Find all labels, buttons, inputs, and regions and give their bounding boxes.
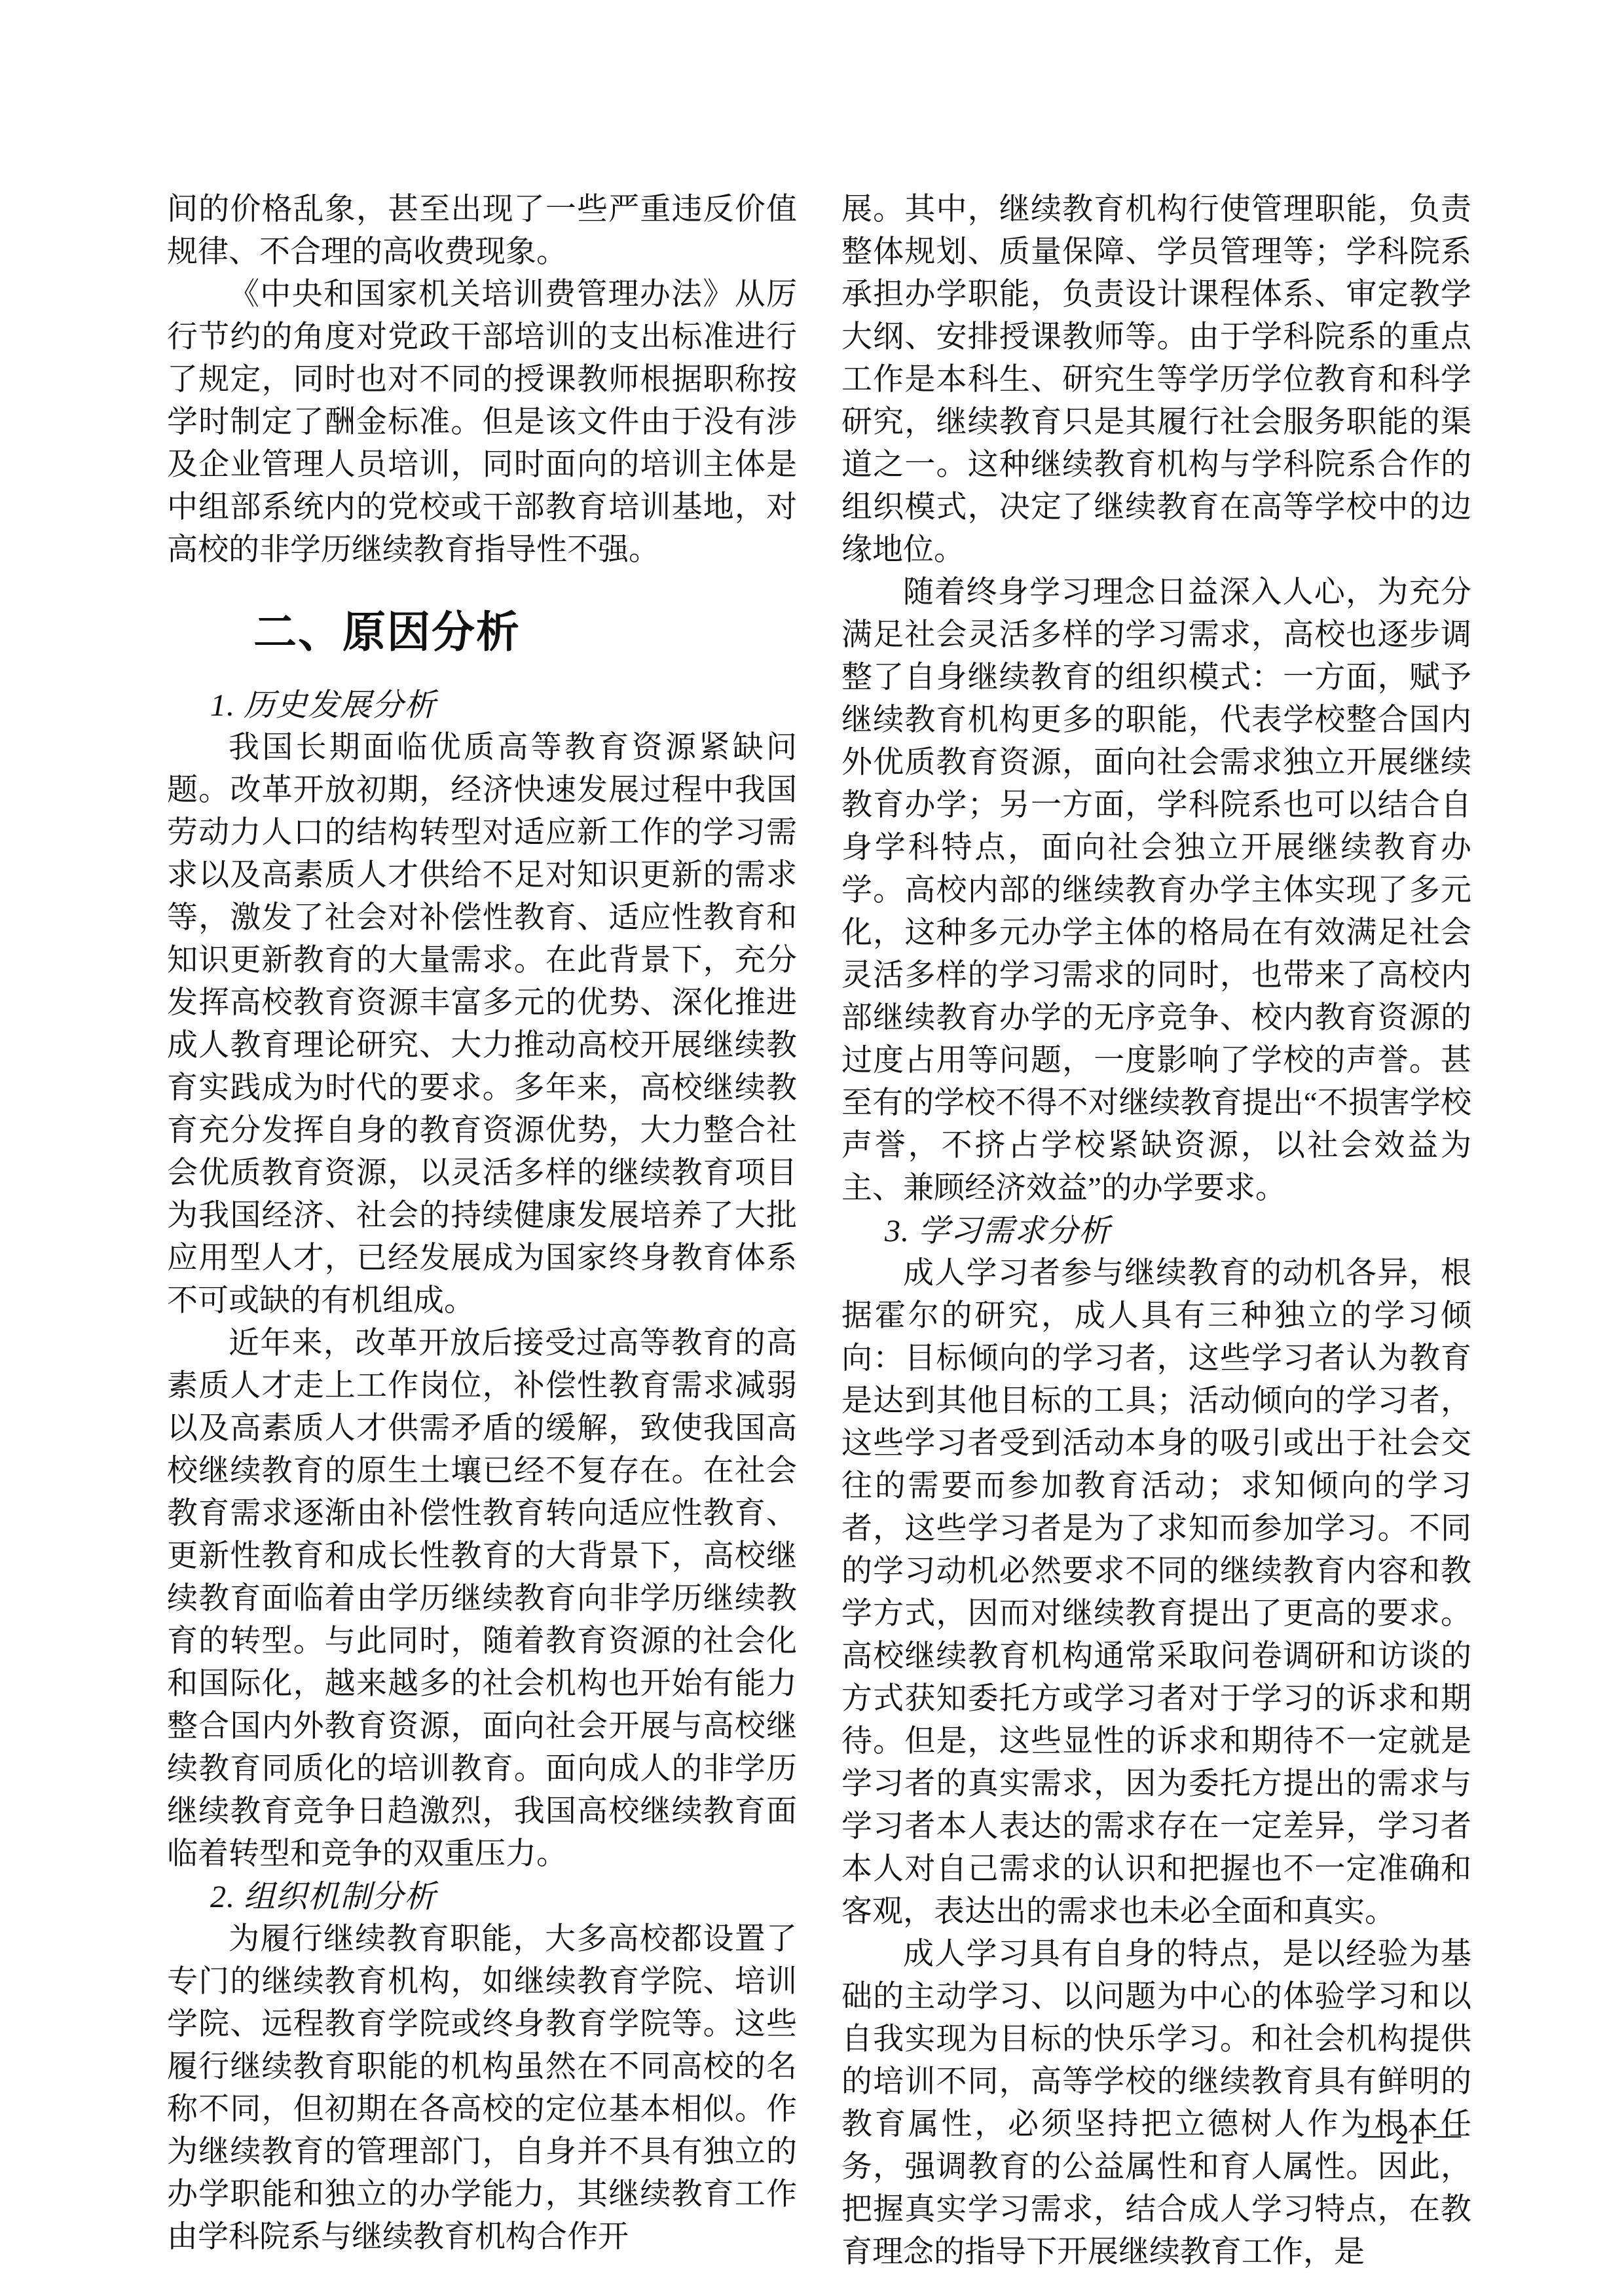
journal-page: 间的价格乱象，甚至出现了一些严重违反价值规律、不合理的高收费现象。 《中央和国家…: [0, 0, 1624, 2296]
page-number: — 21 —: [841, 2119, 1462, 2151]
subsection-heading-learning-needs-analysis: 3. 学习需求分析: [841, 1210, 1471, 1252]
paragraph-recent-years-transition: 近年来，改革开放后接受过高等教育的高素质人才走上工作岗位，补偿性教育需求减弱以及…: [167, 1322, 797, 1876]
subsection-heading-historical-analysis: 1. 历史发展分析: [167, 684, 797, 727]
section-heading-cause-analysis: 二、原因分析: [167, 608, 797, 655]
left-column: 间的价格乱象，甚至出现了一些严重违反价值规律、不合理的高收费现象。 《中央和国家…: [167, 189, 797, 2259]
paragraph-adult-learner-motivations: 成人学习者参与继续教育的动机各异，根据霍尔的研究，成人具有三种独立的学习倾向：目…: [841, 1252, 1471, 1933]
subsection-heading-organizational-mechanism: 2. 组织机制分析: [167, 1876, 797, 1918]
paragraph-continued-from-left-column: 展。其中，继续教育机构行使管理职能，负责整体规划、质量保障、学员管理等；学科院系…: [841, 189, 1471, 572]
paragraph-continuing-education-institutions: 为履行继续教育职能，大多高校都设置了专门的继续教育机构，如继续教育学院、培训学院…: [167, 1918, 797, 2259]
right-column: 展。其中，继续教育机构行使管理职能，负责整体规划、质量保障、学员管理等；学科院系…: [841, 189, 1471, 2274]
paragraph-historical-background: 我国长期面临优质高等教育资源紧缺问题。改革开放初期，经济快速发展过程中我国劳动力…: [167, 727, 797, 1322]
paragraph-adult-learning-characteristics: 成人学习具有自身的特点，是以经验为基础的主动学习、以问题为中心的体验学习和以自我…: [841, 1933, 1471, 2274]
paragraph-continued-from-previous-page: 间的价格乱象，甚至出现了一些严重违反价值规律、不合理的高收费现象。: [167, 189, 797, 274]
paragraph-lifelong-learning-adjustment: 随着终身学习理念日益深入人心，为充分满足社会灵活多样的学习需求，高校也逐步调整了…: [841, 572, 1471, 1210]
paragraph-training-fee-measures: 《中央和国家机关培训费管理办法》从厉行节约的角度对党政干部培训的支出标准进行了规…: [167, 274, 797, 572]
